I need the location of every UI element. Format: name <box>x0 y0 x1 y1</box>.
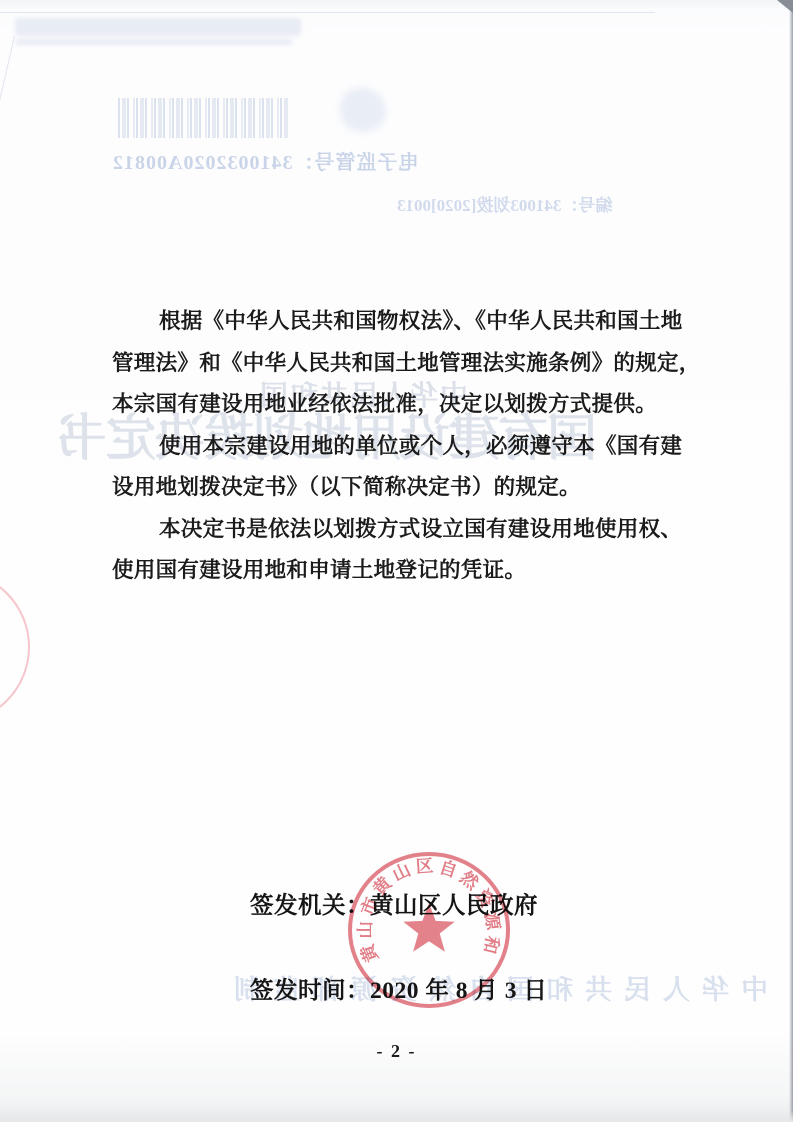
official-red-seal: 黄山市黄山区自然资源和规划局 <box>345 851 513 1011</box>
seal-text: 黄山市黄山区自然资源和规划局 <box>345 851 504 965</box>
body-line: 管理法》和《中华人民共和国土地管理法实施条例》的规定， <box>112 343 712 385</box>
body-line: 根据《中华人民共和国物权法》、《中华人民共和国土地 <box>112 301 712 343</box>
ghost-header-subtext-smudge <box>15 39 293 45</box>
ghost-barcode <box>118 98 288 138</box>
seal-star-icon <box>403 903 454 952</box>
ghost-seal-arc <box>0 570 30 724</box>
paper-right-edge <box>789 0 793 1122</box>
paper-bottom-edge <box>0 1110 793 1122</box>
body-line: 本宗国有建设用地业经依法批准，决定以划拨方式提供。 <box>112 384 712 426</box>
page-number: - 2 - <box>0 1041 793 1062</box>
body-line: 本决定书是依法以划拨方式设立国有建设用地使用权、 <box>112 509 712 551</box>
ghost-header-rule <box>0 12 655 13</box>
scanned-document-page: 电子监管号：3410032020A00812 编号：341003划拨[2020]… <box>0 0 793 1122</box>
body-line: 设用地划拨决定书》（以下简称决定书）的规定。 <box>112 467 712 509</box>
ghost-header-text-smudge <box>15 18 301 36</box>
body-text-block: 根据《中华人民共和国物权法》、《中华人民共和国土地 管理法》和《中华人民共和国土… <box>112 301 712 592</box>
seal-text-path: 黄山市黄山区自然资源和规划局 <box>345 851 504 965</box>
body-line: 使用国有建设用地和申请土地登记的凭证。 <box>112 550 712 592</box>
body-line: 使用本宗建设用地的单位或个人，必须遵守本《国有建 <box>112 426 712 468</box>
scan-crease-line <box>0 36 15 145</box>
ghost-supervision-number: 电子监管号：3410032020A00812 <box>112 146 418 175</box>
ghost-emblem-blob <box>340 88 386 132</box>
paper-top-edge <box>0 0 793 9</box>
ghost-document-number: 编号：341003划拨[2020]0013 <box>397 191 612 216</box>
